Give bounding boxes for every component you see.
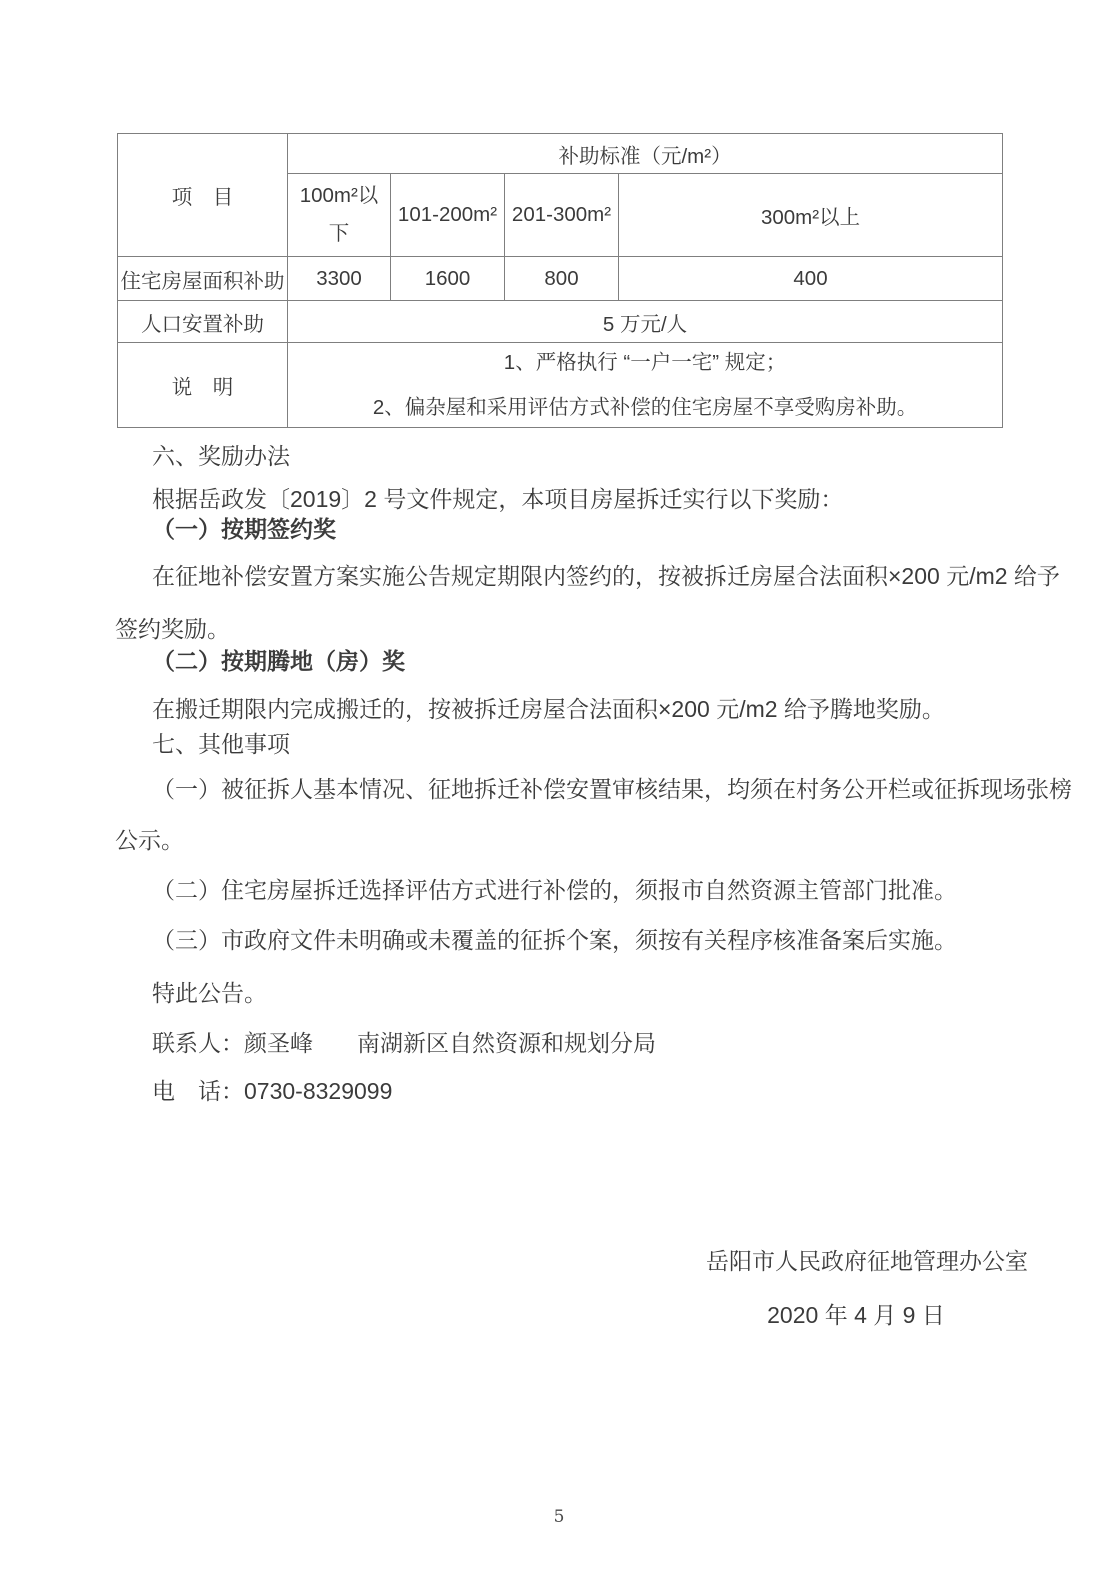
area-subsidy-label: 住宅房屋面积补助 [118, 257, 288, 301]
population-subsidy-value: 5 万元/人 [288, 301, 1003, 343]
table-header-standard: 补助标准（元/m²） [288, 134, 1003, 174]
area-subsidy-value-4: 400 [619, 257, 1003, 301]
area-subsidy-value-2: 1600 [391, 257, 505, 301]
signature-date: 2020 年 4 月 9 日 [706, 1297, 1006, 1330]
award-2-heading: （二）按期腾地（房）奖 [115, 648, 405, 675]
item-1-text-line-1: （一）被征拆人基本情况、征地拆迁补偿安置审核结果，均须在村务公开栏或征拆现场张榜 [115, 776, 1072, 803]
closing-statement: 特此公告。 [115, 980, 267, 1007]
note-line-1: 1、严格执行 “一户一宅” 规定； [288, 350, 1002, 376]
document-page: 项 目 补助标准（元/m²） 100m²以下 101-200m² 201-300… [0, 0, 1118, 1583]
award-1-text-line-1: 在征地补偿安置方案实施公告规定期限内签约的，按被拆迁房屋合法面积×200 元/m… [115, 563, 1060, 590]
table-header-range-101-200: 101-200m² [391, 174, 505, 257]
notes-cell: 1、严格执行 “一户一宅” 规定； 2、偏杂屋和采用评估方式补偿的住宅房屋不享受… [288, 343, 1003, 428]
award-1-heading: （一）按期签约奖 [115, 516, 336, 543]
range-0-100-label: 100m²以下 [296, 177, 382, 253]
table-header-range-300-plus: 300m²以上 [619, 174, 1003, 257]
note-line-2: 2、偏杂屋和采用评估方式补偿的住宅房屋不享受购房补助。 [288, 395, 1002, 421]
area-subsidy-value-3: 800 [505, 257, 619, 301]
table-header-range-201-300: 201-300m² [505, 174, 619, 257]
contact-person: 联系人：颜圣峰 [152, 1030, 313, 1056]
award-1-text-line-2: 签约奖励。 [115, 616, 230, 643]
item-1-text-line-2: 公示。 [115, 827, 184, 854]
item-3-text: （三）市政府文件未明确或未覆盖的征拆个案，须按有关程序核准备案后实施。 [115, 927, 957, 954]
table-row-standard-header: 项 目 补助标准（元/m²） [118, 134, 1003, 174]
table-row-area-subsidy: 住宅房屋面积补助 3300 1600 800 400 [118, 257, 1003, 301]
table-header-range-0-100: 100m²以下 [288, 174, 391, 257]
table-header-item: 项 目 [118, 134, 288, 257]
phone-line: 电 话：0730-8329099 [115, 1078, 392, 1105]
section-7-heading: 七、其他事项 [115, 731, 290, 758]
signature-org: 岳阳市人民政府征地管理办公室 [706, 1243, 1028, 1276]
notes-label: 说 明 [118, 343, 288, 428]
contact-org: 南湖新区自然资源和规划分局 [357, 1030, 656, 1056]
award-2-text: 在搬迁期限内完成搬迁的，按被拆迁房屋合法面积×200 元/m2 给予腾地奖励。 [115, 696, 945, 723]
population-subsidy-label: 人口安置补助 [118, 301, 288, 343]
table-row-notes: 说 明 1、严格执行 “一户一宅” 规定； 2、偏杂屋和采用评估方式补偿的住宅房… [118, 343, 1003, 428]
table-row-population-subsidy: 人口安置补助 5 万元/人 [118, 301, 1003, 343]
intro-paragraph: 根据岳政发〔2019〕2 号文件规定，本项目房屋拆迁实行以下奖励： [115, 486, 843, 513]
section-6-heading: 六、奖励办法 [115, 443, 290, 470]
subsidy-table: 项 目 补助标准（元/m²） 100m²以下 101-200m² 201-300… [117, 133, 1003, 428]
page-number: 5 [0, 1507, 1118, 1527]
area-subsidy-value-1: 3300 [288, 257, 391, 301]
contact-line: 联系人：颜圣峰南湖新区自然资源和规划分局 [115, 1030, 656, 1057]
item-2-text: （二）住宅房屋拆迁选择评估方式进行补偿的，须报市自然资源主管部门批准。 [115, 877, 957, 904]
